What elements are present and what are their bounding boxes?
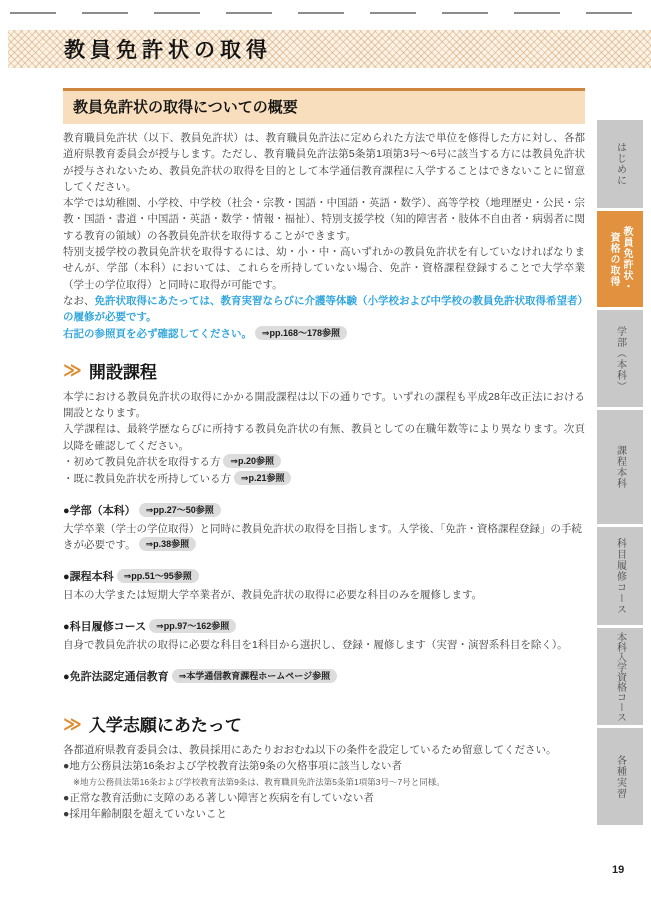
sidebar-tab-label: 科目履修コース bbox=[614, 538, 627, 615]
course-item-label: ●科目履修コース ⇒pp.97〜162参照 bbox=[63, 619, 585, 635]
overview-paragraph-1: 教育職員免許状（以下、教員免許状）は、教育職員免許法に定められた方法で単位を修得… bbox=[63, 130, 585, 195]
item-label-text: ●課程本科 bbox=[63, 571, 114, 583]
section-title: 開設課程 bbox=[89, 358, 157, 383]
page-ref-badge: ⇒pp.27〜50参照 bbox=[139, 503, 221, 517]
application-bullet-3: ●採用年齢制限を超えていないこと bbox=[63, 806, 585, 823]
item-label-text: ●免許法認定通信教育 bbox=[63, 671, 169, 683]
sidebar-tab-gakubu-honka[interactable]: 学部（本科） bbox=[597, 310, 643, 407]
page-title: 教員免許状の取得 bbox=[64, 34, 272, 64]
course-item-desc: 日本の大学または短期大学卒業者が、教員免許状の取得に必要な科目のみを履修します。 bbox=[63, 587, 585, 603]
sidebar-tab-honka-nyugaku-shikaku-course[interactable]: 本科入学資格コース bbox=[597, 628, 643, 725]
section-heading-courses: ≫ 開設課程 bbox=[63, 358, 585, 383]
page-ref-badge: ⇒p.38参照 bbox=[139, 537, 197, 551]
page-ref-badge: ⇒本学通信教育課程ホームページ参照 bbox=[172, 669, 337, 683]
page-ref-badge: ⇒p.21参照 bbox=[234, 471, 292, 485]
page-header-band: 教員免許状の取得 bbox=[8, 30, 651, 68]
section-chevron-icon: ≫ bbox=[63, 715, 82, 733]
courses-bullet-1: ・初めて教員免許状を取得する方 ⇒p.20参照 bbox=[63, 454, 585, 471]
item-label-text: ●学部（本科） bbox=[63, 505, 136, 517]
course-item-label: ●学部（本科） ⇒pp.27〜50参照 bbox=[63, 503, 585, 519]
courses-paragraph-1: 本学における教員免許状の取得にかかる開設課程は以下の通りです。いずれの課程も平成… bbox=[63, 389, 585, 422]
course-item-desc: 自身で教員免許状の取得に必要な科目を1科目から選択し、登録・履修します（実習・演… bbox=[63, 637, 585, 653]
application-bullet-1-note: ※地方公務員法第16条および学校教育法第9条は、教育職員免許法第5条第1項第3号… bbox=[73, 776, 585, 789]
item-label-text: ●科目履修コース bbox=[63, 621, 146, 633]
application-paragraph-1: 各都道府県教育委員会は、教員採用にあたりおおむね以下の条件を設定しているため留意… bbox=[63, 742, 585, 758]
application-bullet-1: ●地方公務員法第16条および学校教育法第9条の欠格事項に該当しない者 bbox=[63, 758, 585, 775]
course-item-gakubu: ●学部（本科） ⇒pp.27〜50参照 大学卒業（学士の学位取得）と同時に教員免… bbox=[63, 503, 585, 553]
application-bullet-2: ●正常な教育活動に支障のある著しい障害と疾病を有していない者 bbox=[63, 790, 585, 807]
overview-section-header: 教員免許状の取得についての概要 bbox=[63, 88, 585, 124]
main-content: 教員免許状の取得についての概要 教育職員免許状（以下、教員免許状）は、教育職員免… bbox=[63, 88, 585, 823]
page-ref-badge: ⇒pp.168〜178参照 bbox=[255, 326, 347, 340]
course-item-desc: 大学卒業（学士の学位取得）と同時に教員免許状の取得を目指します。入学後、「免許・… bbox=[63, 521, 585, 553]
section-chevron-icon: ≫ bbox=[63, 361, 82, 379]
sidebar-tab-label: 各種実習 bbox=[614, 755, 627, 799]
sidebar-tab-hajimeni[interactable]: はじめに bbox=[597, 120, 643, 208]
bullet-text: ・初めて教員免許状を取得する方 bbox=[63, 456, 221, 468]
section-heading-application: ≫ 入学志願にあたって bbox=[63, 711, 585, 736]
course-item-label: ●課程本科 ⇒pp.51〜95参照 bbox=[63, 569, 585, 585]
courses-bullet-2: ・既に教員免許状を所持している方 ⇒p.21参照 bbox=[63, 471, 585, 488]
sidebar-tab-kamoku-rishu-course[interactable]: 科目履修コース bbox=[597, 527, 643, 625]
course-item-katei-honka: ●課程本科 ⇒pp.51〜95参照 日本の大学または短期大学卒業者が、教員免許状… bbox=[63, 569, 585, 603]
sidebar-tab-katei-honka[interactable]: 課程本科 bbox=[597, 410, 643, 524]
sidebar-tab-label-line1: 教員免許状・ bbox=[621, 226, 632, 292]
courses-paragraph-2: 入学課程は、最終学歴ならびに所持する教員免許状の有無、教員としての在職年数等によ… bbox=[63, 421, 585, 454]
course-item-label: ●免許法認定通信教育 ⇒本学通信教育課程ホームページ参照 bbox=[63, 669, 585, 685]
section-title: 入学志願にあたって bbox=[89, 711, 242, 736]
course-item-kamoku-rishu: ●科目履修コース ⇒pp.97〜162参照 自身で教員免許状の取得に必要な科目を… bbox=[63, 619, 585, 653]
overview-paragraph-3: 特別支援学校の教員免許状を取得するには、幼・小・中・高いずれかの教員免許状を有し… bbox=[63, 244, 585, 293]
sidebar-tab-kakushu-jisshu[interactable]: 各種実習 bbox=[597, 728, 643, 825]
overview-note-line-2: 右記の参照頁を必ず確認してください。 ⇒pp.168〜178参照 bbox=[63, 326, 585, 342]
page-number: 19 bbox=[612, 864, 624, 876]
sidebar-tab-label: 課程本科 bbox=[614, 445, 627, 489]
course-item-menkyoho-nintei: ●免許法認定通信教育 ⇒本学通信教育課程ホームページ参照 bbox=[63, 669, 585, 685]
sidebar-tab-label: 学部（本科） bbox=[614, 326, 627, 392]
overview-paragraph-2: 本学では幼稚園、小学校、中学校（社会・宗教・国語・中国語・英語・数学）、高等学校… bbox=[63, 195, 585, 244]
overview-note-blue-1: 免許状取得にあたっては、教育実習ならびに介護等体験（小学校および中学校の教員免許… bbox=[63, 295, 583, 323]
sidebar-tab-label: 教員免許状・資格の取得 bbox=[607, 226, 633, 292]
page-ref-badge: ⇒p.20参照 bbox=[223, 454, 281, 468]
overview-note-line-1: なお、免許状取得にあたっては、教育実習ならびに介護等体験（小学校および中学校の教… bbox=[63, 293, 585, 326]
sidebar-tab-label: 本科入学資格コース bbox=[614, 632, 627, 722]
overview-note-prefix: なお、 bbox=[63, 295, 95, 307]
page-ref-badge: ⇒pp.97〜162参照 bbox=[149, 619, 236, 633]
sidebar-tab-kyoin-menkyo-active[interactable]: 教員免許状・資格の取得 bbox=[597, 211, 643, 307]
overview-note-blue-2: 右記の参照頁を必ず確認してください。 bbox=[63, 328, 252, 340]
page-top-scan-line bbox=[10, 12, 651, 14]
page-ref-badge: ⇒pp.51〜95参照 bbox=[117, 569, 199, 583]
bullet-text: ・既に教員免許状を所持している方 bbox=[63, 473, 231, 485]
sidebar-tab-label-line2: 資格の取得 bbox=[608, 232, 619, 287]
sidebar-tab-label: はじめに bbox=[614, 142, 627, 186]
